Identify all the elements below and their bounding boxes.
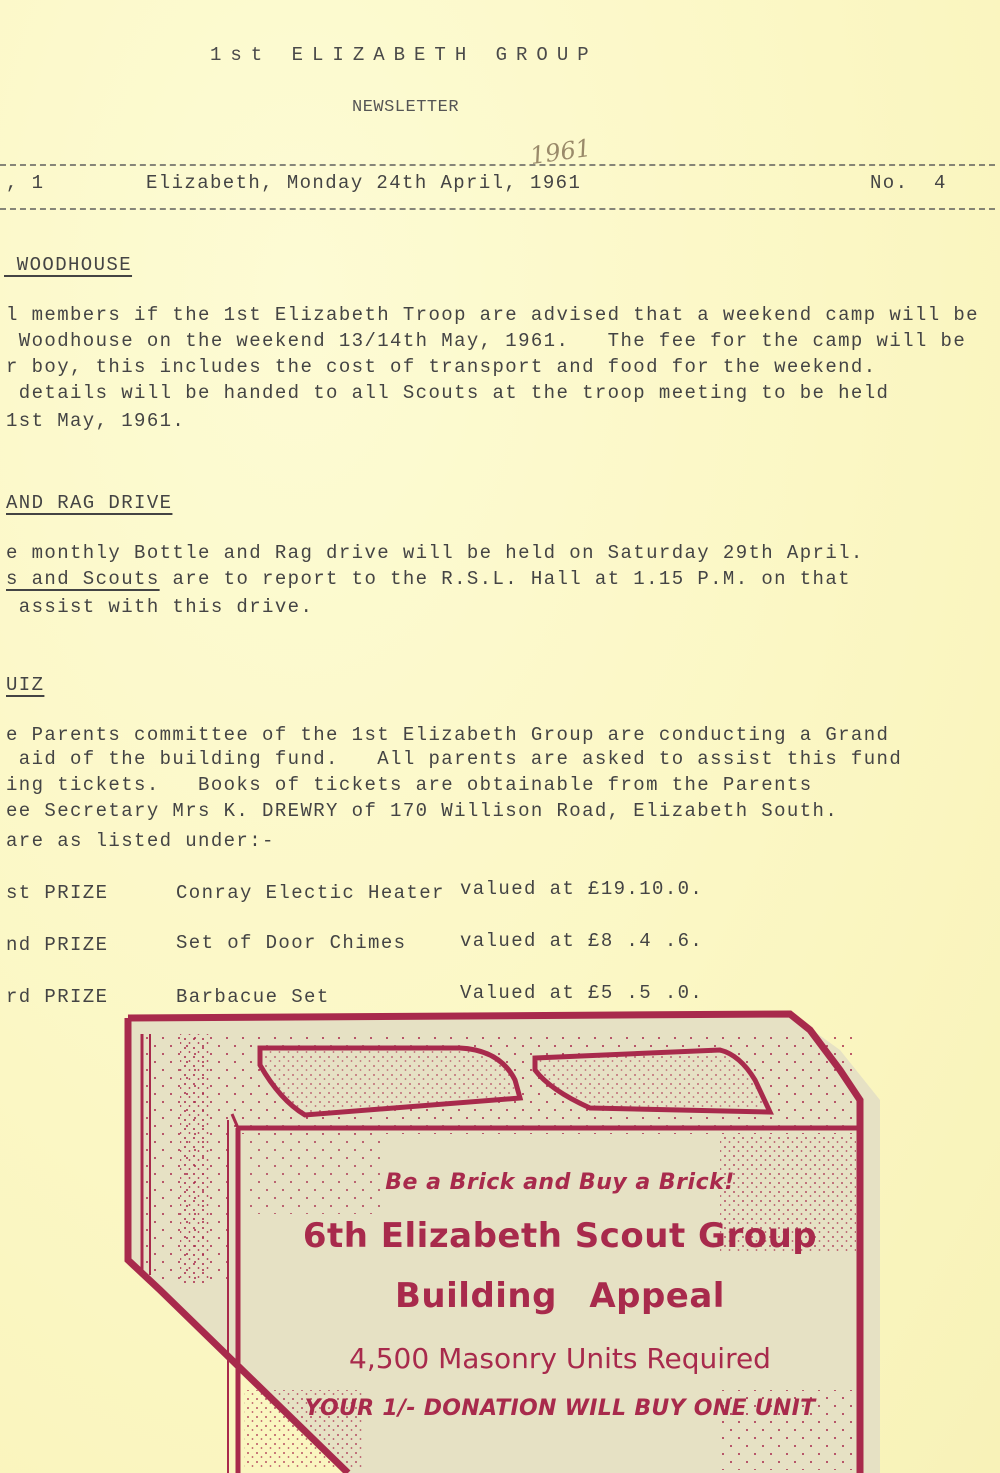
section-line: ee Secretary Mrs K. DREWRY of 170 Willis…: [6, 798, 838, 824]
appeal-donation: YOUR 1/- DONATION WILL BUY ONE UNIT: [250, 1396, 870, 1421]
section-line: Woodhouse on the weekend 13/14th May, 19…: [6, 328, 966, 354]
section-line: l members if the 1st Elizabeth Troop are…: [6, 302, 979, 328]
prize-item: Conray Electic Heater: [176, 882, 445, 904]
prize-value: Valued at £5 .5 .0.: [460, 982, 703, 1004]
section-line: r boy, this includes the cost of transpo…: [6, 354, 877, 380]
section-line: e Parents committee of the 1st Elizabeth…: [6, 722, 889, 748]
section-line: assist with this drive.: [6, 594, 313, 620]
appeal-tagline: Be a Brick and Buy a Brick!: [250, 1170, 870, 1195]
dateline: Elizabeth, Monday 24th April, 1961: [146, 172, 581, 194]
section-line: aid of the building fund. All parents ar…: [6, 746, 902, 772]
section-line: details will be handed to all Scouts at …: [6, 380, 889, 406]
prize-value: valued at £8 .4 .6.: [460, 930, 703, 952]
appeal-title-line2: Building Appeal: [250, 1276, 870, 1316]
appeal-requirement: 4,500 Masonry Units Required: [250, 1342, 870, 1375]
section-heading-rag-drive: AND RAG DRIVE: [6, 492, 172, 514]
section-line: 1st May, 1961.: [6, 408, 185, 434]
prize-item: Set of Door Chimes: [176, 932, 406, 954]
prize-rank: st PRIZE: [6, 882, 108, 904]
section-line: e monthly Bottle and Rag drive will be h…: [6, 540, 864, 566]
brick-appeal-card: Be a Brick and Buy a Brick! 6th Elizabet…: [120, 1010, 880, 1473]
volume-number: , 1: [6, 172, 44, 194]
underlined-fragment: s and Scouts: [6, 568, 160, 590]
appeal-title-line1: 6th Elizabeth Scout Group: [250, 1216, 870, 1256]
newsletter-subtitle: NEWSLETTER: [352, 98, 459, 117]
top-divider: [0, 164, 995, 166]
section-heading-quiz: UIZ: [6, 674, 44, 696]
prize-rank: rd PRIZE: [6, 986, 108, 1008]
prize-rank: nd PRIZE: [6, 934, 108, 956]
newsletter-page: 1st ELIZABETH GROUP NEWSLETTER 1961 , 1 …: [0, 0, 1000, 1473]
bottom-divider: [0, 208, 995, 210]
section-line: ing tickets. Books of tickets are obtain…: [6, 772, 813, 798]
issue-number: No. 4: [870, 172, 947, 194]
section-line: are as listed under:-: [6, 828, 275, 854]
section-heading-woodhouse: WOODHOUSE: [4, 254, 132, 276]
prize-item: Barbacue Set: [176, 986, 330, 1008]
prize-value: valued at £19.10.0.: [460, 878, 703, 900]
section-line: s and Scouts are to report to the R.S.L.…: [6, 566, 851, 592]
group-title: 1st ELIZABETH GROUP: [210, 44, 598, 66]
